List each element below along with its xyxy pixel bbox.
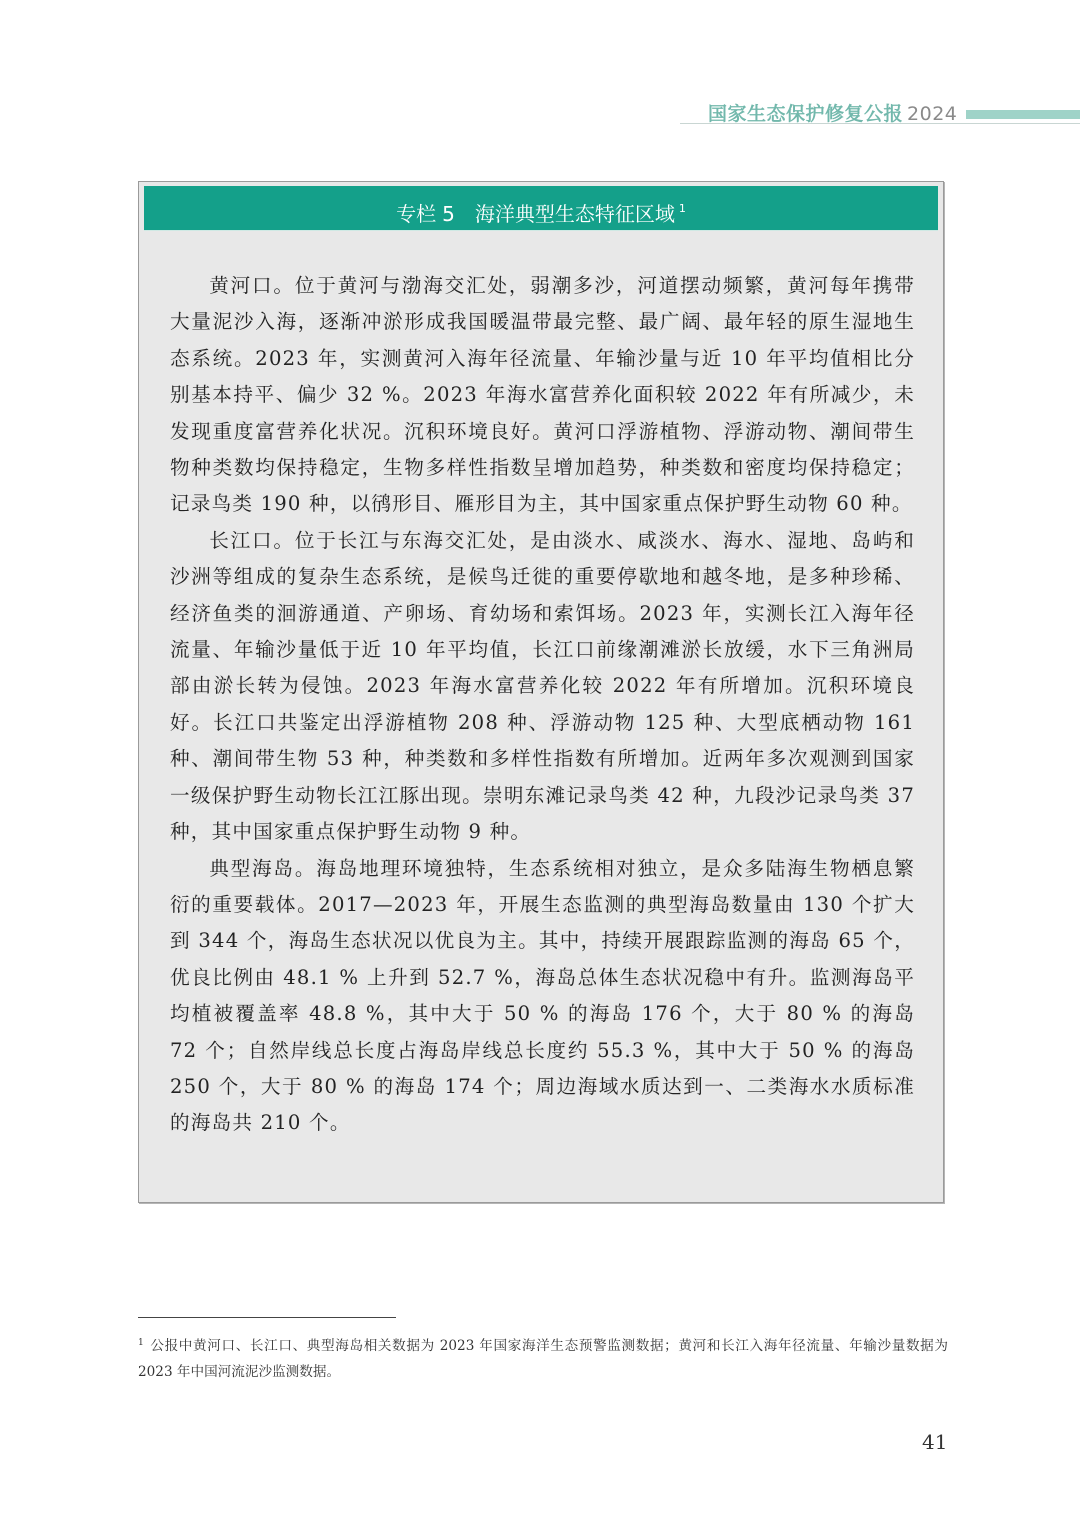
paragraph-yellow-river-estuary: 黄河口。位于黄河与渤海交汇处，弱潮多沙，河道摆动频繁，黄河每年携带大量泥沙入海，… (170, 268, 915, 523)
footnote: 1公报中黄河口、长江口、典型海岛相关数据为 2023 年国家海洋生态预警监测数据… (138, 1330, 948, 1385)
paragraph-yangtze-estuary: 长江口。位于长江与东海交汇处，是由淡水、咸淡水、海水、湿地、岛屿和沙洲等组成的复… (170, 523, 915, 851)
box-title: 海洋典型生态特征区域 (475, 202, 675, 226)
box-body: 黄河口。位于黄河与渤海交汇处，弱潮多沙，河道摆动频繁，黄河每年携带大量泥沙入海，… (170, 268, 915, 1142)
footnote-text: 公报中黄河口、长江口、典型海岛相关数据为 2023 年国家海洋生态预警监测数据；… (138, 1338, 948, 1380)
paragraph-typical-islands: 典型海岛。海岛地理环境独特，生态系统相对独立，是众多陆海生物栖息繁衍的重要载体。… (170, 851, 915, 1142)
box-number: 5 (442, 202, 455, 226)
footnote-ref[interactable]: 1 (679, 202, 686, 215)
box-title-bar: 专栏5海洋典型生态特征区域1 (144, 186, 938, 231)
footnote-mark: 1 (138, 1338, 144, 1348)
report-year: 2024 (907, 103, 957, 125)
box-label: 专栏 (396, 202, 436, 226)
header-rule (680, 123, 1080, 124)
footnote-rule (138, 1317, 396, 1318)
report-title: 国家生态保护修复公报 (708, 103, 903, 125)
page-number: 41 (922, 1430, 947, 1454)
sidebar-box: 专栏5海洋典型生态特征区域1 黄河口。位于黄河与渤海交汇处，弱潮多沙，河道摆动频… (138, 181, 944, 1203)
running-header: 国家生态保护修复公报2024 (708, 99, 957, 126)
header-accent-bar (966, 110, 1080, 119)
